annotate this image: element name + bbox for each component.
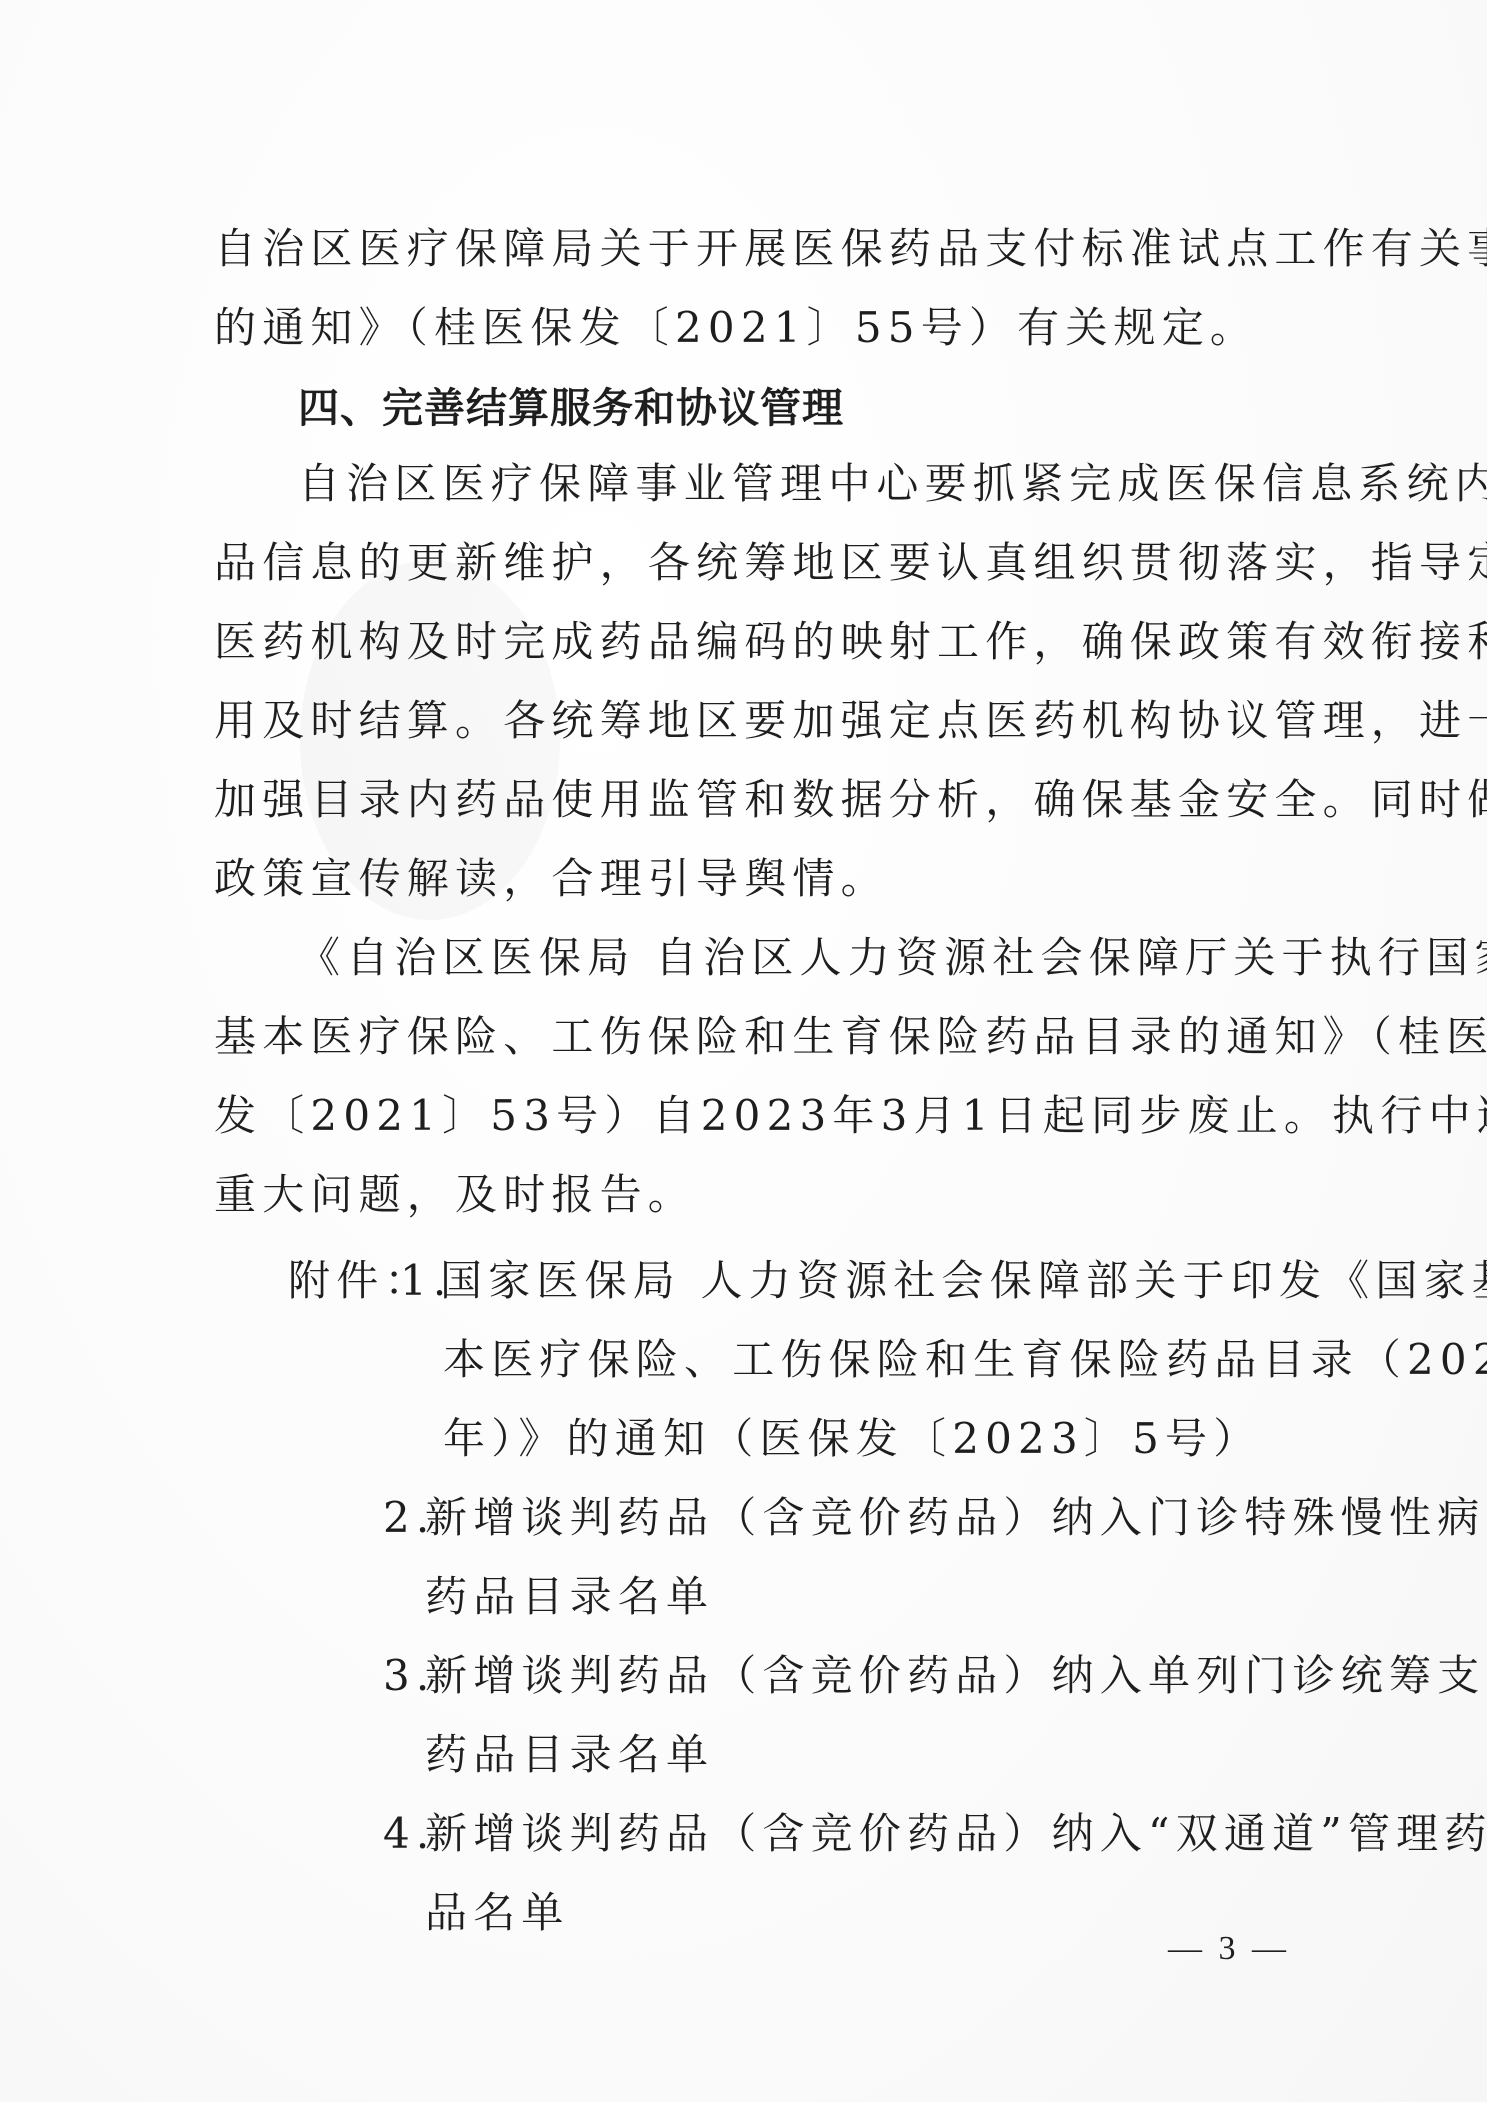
paragraph-line: 加强目录内药品使用监管和数据分析，确保基金安全。同时做好 bbox=[214, 774, 1344, 826]
repeal-line: 重大问题，及时报告。 bbox=[214, 1169, 1344, 1221]
paragraph-line: 医药机构及时完成药品编码的映射工作，确保政策有效衔接和费 bbox=[214, 616, 1344, 668]
continuation-line-1: 自治区医疗保障局关于开展医保药品支付标准试点工作有关事项 bbox=[214, 223, 1344, 275]
repeal-line: 基本医疗保险、工伤保险和生育保险药品目录的通知》（桂医保 bbox=[214, 1011, 1344, 1063]
repeal-line: 《自治区医保局 自治区人力资源社会保障厅关于执行国家 bbox=[298, 932, 1428, 984]
attachment-line: 新增谈判药品（含竞价药品）纳入单列门诊统筹支付 bbox=[425, 1650, 1487, 1702]
attachment-line: 年）》的通知（医保发〔2023〕5号） bbox=[443, 1413, 1261, 1465]
page-number: — 3 — bbox=[1168, 1930, 1290, 1968]
repeal-line: 发〔2021〕53号）自2023年3月1日起同步废止。执行中遇到 bbox=[214, 1090, 1344, 1142]
attachment-line: 本医疗保险、工伤保险和生育保险药品目录（2022 bbox=[443, 1334, 1487, 1386]
attachment-line: 新增谈判药品（含竞价药品）纳入门诊特殊慢性病 bbox=[425, 1492, 1485, 1544]
attachment-line: 药品目录名单 bbox=[425, 1729, 714, 1781]
attachment-line: 新增谈判药品（含竞价药品）纳入“双通道”管理药 bbox=[425, 1808, 1487, 1860]
attachment-line: 品名单 bbox=[425, 1887, 570, 1939]
paragraph-line: 自治区医疗保障事业管理中心要抓紧完成医保信息系统内药 bbox=[298, 458, 1428, 510]
paragraph-line: 品信息的更新维护，各统筹地区要认真组织贯彻落实，指导定点 bbox=[214, 537, 1344, 589]
attachment-line: 药品目录名单 bbox=[425, 1571, 714, 1623]
section-heading: 四、完善结算服务和协议管理 bbox=[298, 382, 1428, 434]
document-page: 自治区医疗保障局关于开展医保药品支付标准试点工作有关事项 的通知》（桂医保发〔2… bbox=[0, 0, 1487, 2102]
paragraph-line: 用及时结算。各统筹地区要加强定点医药机构协议管理，进一步 bbox=[214, 695, 1344, 747]
paragraph-line: 政策宣传解读，合理引导舆情。 bbox=[214, 853, 1344, 905]
continuation-line-2: 的通知》（桂医保发〔2021〕55号）有关规定。 bbox=[214, 302, 1344, 354]
attachment-line: 国家医保局 人力资源社会保障部关于印发《国家基 bbox=[440, 1255, 1487, 1307]
